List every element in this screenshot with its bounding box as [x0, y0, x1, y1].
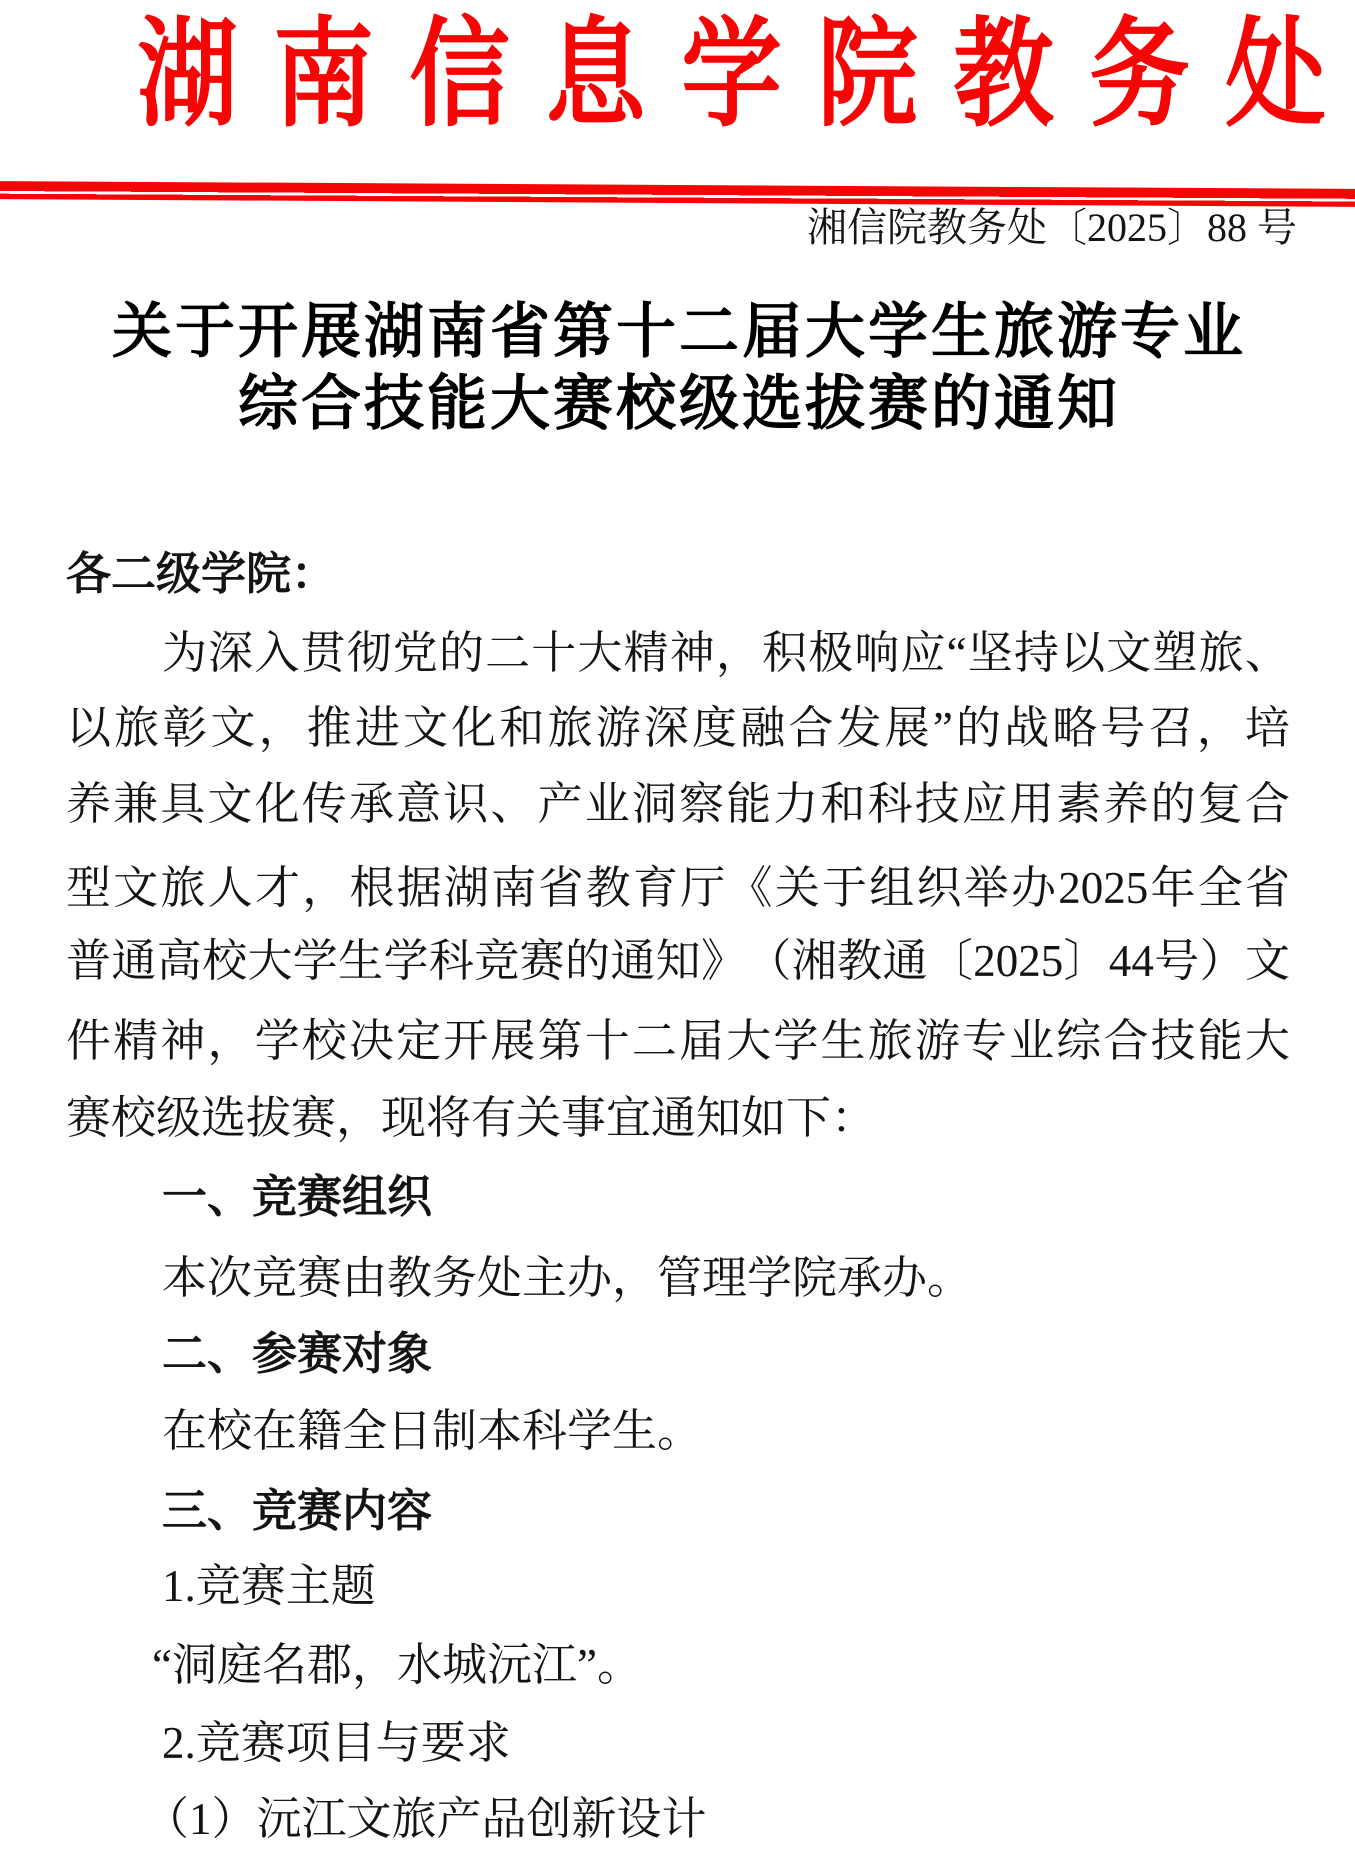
intro-line-7: 赛校级选拔赛，现将有关事宜通知如下： — [66, 1091, 1290, 1145]
section3-item1-label: 1.竞赛主题 — [66, 1559, 1290, 1613]
letterhead-org-title: 湖南信息学院教务处 — [102, 0, 1254, 152]
section3-item2-label: 2.竞赛项目与要求 — [66, 1716, 1290, 1770]
section3-heading: 三、竞赛内容 — [66, 1484, 1290, 1538]
intro-line-3: 养兼具文化传承意识、产业洞察能力和科技应用素养的复合 — [66, 777, 1290, 831]
salutation: 各二级学院： — [66, 547, 1290, 601]
doc-number: 湘信院教务处〔2025〕88 号 — [807, 204, 1297, 252]
section2-heading: 二、参赛对象 — [66, 1327, 1290, 1381]
intro-line-4: 型文旅人才，根据湖南省教育厅《关于组织举办2025年全省 — [66, 861, 1290, 915]
intro-line-5: 普通高校大学生学科竞赛的通知》（湘教通〔2025〕44号）文 — [66, 934, 1290, 988]
section1-heading: 一、竞赛组织 — [66, 1170, 1290, 1224]
notice-title-line2: 综合技能大赛校级选拔赛的通知 — [3, 368, 1355, 440]
intro-line-2: 以旅彰文，推进文化和旅游深度融合发展”的战略号召，培 — [66, 701, 1290, 755]
scanned-notice-document: { "colors": { "accent_red": "#f60505", "… — [0, 0, 1355, 1859]
intro-line-6: 件精神，学校决定开展第十二届大学生旅游专业综合技能大 — [66, 1014, 1290, 1068]
notice-title: 关于开展湖南省第十二届大学生旅游专业 综合技能大赛校级选拔赛的通知 — [0, 296, 1355, 440]
section3-sub-item1: （1）沅江文旅产品创新设计 — [66, 1792, 1290, 1846]
section1-content: 本次竞赛由教务处主办，管理学院承办。 — [66, 1251, 1290, 1305]
notice-title-line1: 关于开展湖南省第十二届大学生旅游专业 — [3, 296, 1355, 368]
section2-content: 在校在籍全日制本科学生。 — [66, 1404, 1290, 1458]
section3-theme: “洞庭名郡，水城沅江”。 — [66, 1638, 1290, 1692]
intro-line-1: 为深入贯彻党的二十大精神，积极响应“坚持以文塑旅、 — [66, 626, 1290, 680]
